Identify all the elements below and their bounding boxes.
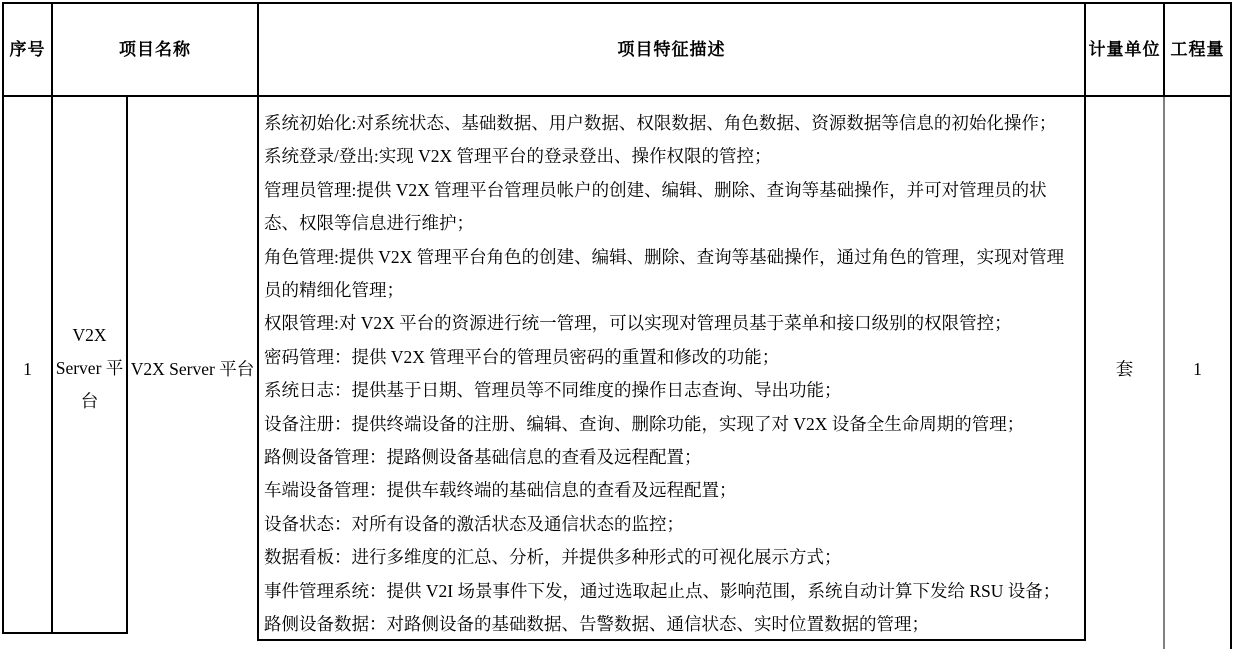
description-item: 权限管理:对 V2X 平台的资源进行统一管理，可以实现对管理员基于菜单和接口级别… [264,307,1080,340]
grid-line-name-subcolumn [126,95,128,634]
grid-line-unit-right-header [1163,2,1165,97]
description-item: 设备状态：对所有设备的激活状态及通信状态的监控； [264,508,1080,541]
header-col-name: 项目名称 [53,4,257,95]
grid-line-right-border [1230,2,1232,649]
description-item: 系统登录/登出:实现 V2X 管理平台的登录登出、操作权限的管控； [264,140,1080,173]
grid-line-left-cells-bottom [2,632,128,634]
row-number-cell: 1 [4,97,51,640]
description-item: 密码管理：提供 V2X 管理平台的管理员密码的重置和修改的功能； [264,341,1080,374]
description-item: 系统日志：提供基于日期、管理员等不同维度的操作日志查询、导出功能； [264,374,1080,407]
description-item: 数据看板：进行多维度的汇总、分析，并提供多种形式的可视化展示方式； [264,541,1080,574]
grid-line-col-no-right [51,2,53,634]
project-name-group-cell: V2X Server 平台 [53,97,126,640]
grid-line-unit-right-body [1163,97,1165,649]
header-col-no: 序号 [4,4,51,95]
header-col-description: 项目特征描述 [259,4,1084,95]
description-item: 角色管理:提供 V2X 管理平台角色的创建、编辑、删除、查询等基础操作，通过角色… [264,241,1080,308]
quantity-cell: 1 [1165,97,1230,640]
project-name-cell: V2X Server 平台 [128,97,257,640]
header-col-unit: 计量单位 [1086,4,1163,95]
description-item: 系统初始化:对系统状态、基础数据、用户数据、权限数据、角色数据、资源数据等信息的… [264,107,1080,140]
grid-line-name-right [257,2,259,641]
grid-line-header-bottom [2,95,1232,97]
description-item: 路侧设备数据：对路侧设备的基础数据、告警数据、通信状态、实时位置数据的管理； [264,608,1080,641]
header-col-quantity: 工程量 [1165,4,1230,95]
grid-line-left-border [2,2,4,634]
document-table: 序号 项目名称 项目特征描述 计量单位 工程量 1 V2X Server 平台 … [0,0,1235,649]
description-item: 管理员管理:提供 V2X 管理平台管理员帐户的创建、编辑、删除、查询等基础操作，… [264,174,1080,241]
description-item: 事件管理系统：提供 V2I 场景事件下发，通过选取起止点、影响范围，系统自动计算… [264,575,1080,608]
grid-line-description-bottom [257,639,1086,641]
grid-line-description-right [1084,2,1086,641]
description-item: 车端设备管理：提供车载终端的基础信息的查看及远程配置； [264,474,1080,507]
description-item: 设备注册：提供终端设备的注册、编辑、查询、删除功能，实现了对 V2X 设备全生命… [264,408,1080,441]
unit-cell: 套 [1086,97,1163,640]
project-feature-description-cell: 系统初始化:对系统状态、基础数据、用户数据、权限数据、角色数据、资源数据等信息的… [259,97,1084,649]
description-item: 路侧设备管理：提路侧设备基础信息的查看及远程配置； [264,441,1080,474]
grid-line-top [2,2,1232,4]
